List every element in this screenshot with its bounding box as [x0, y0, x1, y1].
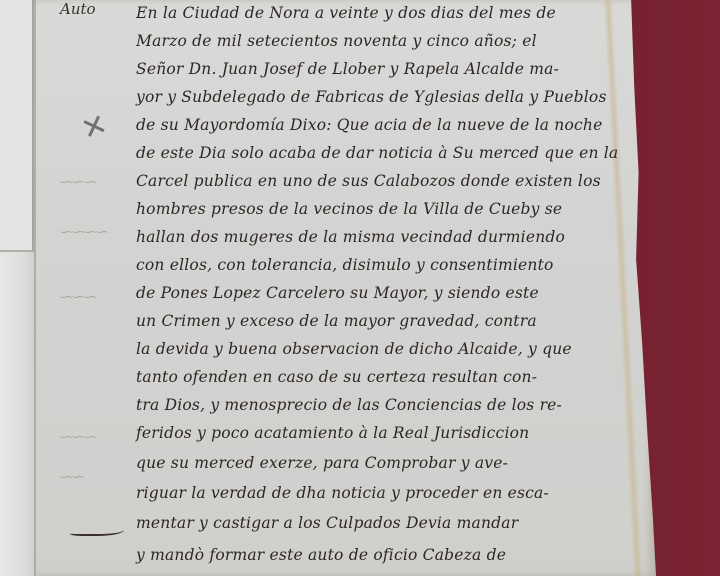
manuscript-line: la devida y buena observacion de dicho A…: [136, 340, 572, 358]
manuscript-line: Señor Dn. Juan Josef de Llober y Rapela …: [136, 60, 559, 78]
manuscript-line: de su Mayordomía Dixo: Que acia de la nu…: [136, 116, 602, 134]
manuscript-line: de Pones Lopez Carcelero su Mayor, y sie…: [136, 284, 539, 302]
manuscript-line: y mandò formar este auto de oficio Cabez…: [136, 546, 506, 564]
manuscript-line: tanto ofenden en caso de su certeza resu…: [136, 368, 537, 386]
manuscript-line: riguar la verdad de dha noticia y proced…: [136, 484, 549, 502]
manuscript-line: Marzo de mil setecientos noventa y cinco…: [136, 32, 537, 50]
manuscript-line: hallan dos mugeres de la misma vecindad …: [136, 228, 565, 246]
manuscript-line: un Crimen y exceso de la mayor gravedad,…: [136, 312, 537, 330]
bleed-through-text: ⁓⁓⁓⁓: [60, 225, 108, 239]
manuscript-line: con ellos, con tolerancia, disimulo y co…: [136, 256, 554, 274]
manuscript-line: Carcel publica en uno de sus Calabozos d…: [136, 172, 601, 190]
bleed-through-text: ⁓⁓⁓: [60, 290, 96, 304]
manuscript-line: En la Ciudad de Nora a veinte y dos dias…: [136, 4, 556, 22]
bleed-through-text: ⁓⁓⁓: [60, 430, 96, 444]
margin-flourish: [70, 524, 124, 536]
manuscript-line: tra Dios, y menosprecio de las Concienci…: [136, 396, 562, 414]
bleed-through-text: ⁓⁓: [60, 470, 84, 484]
left-page-flap: [0, 0, 34, 252]
manuscript-line: que su merced exerze, para Comprobar y a…: [136, 454, 508, 472]
margin-note-auto: Auto: [60, 0, 96, 18]
manuscript-line: feridos y poco acatamiento à la Real Jur…: [136, 424, 529, 442]
manuscript-line: hombres presos de la vecinos de la Villa…: [136, 200, 562, 218]
binding-fold: [34, 0, 36, 576]
manuscript-line: yor y Subdelegado de Fabricas de Yglesia…: [136, 88, 607, 106]
bleed-through-text: ⁓⁓⁓: [60, 175, 96, 189]
manuscript-line: de este Dia solo acaba de dar noticia à …: [136, 144, 618, 162]
manuscript-line: mentar y castigar a los Culpados Devia m…: [136, 514, 518, 532]
